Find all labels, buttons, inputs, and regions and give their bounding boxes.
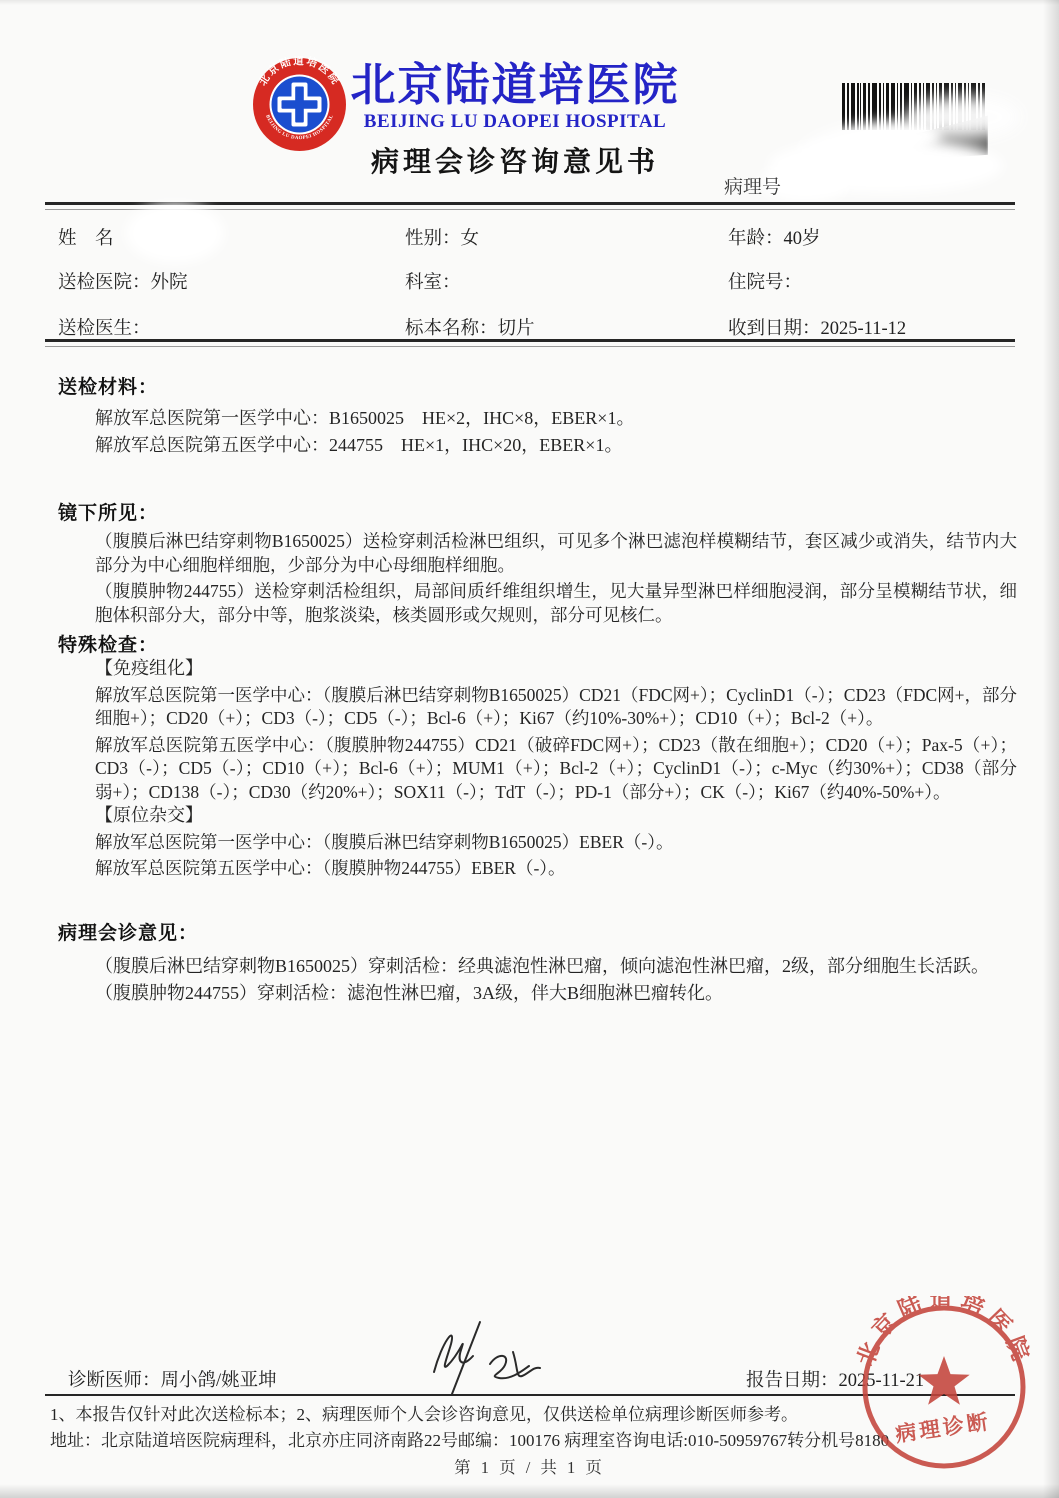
diagnosing-doctor: 诊断医师：周小鸽/姚亚坤 (68, 1366, 277, 1392)
section-title: 送检材料： (58, 372, 1015, 399)
conclusion-paragraph: （腹膜肿物244755）穿刺活检：滤泡性淋巴瘤，3A级，伴大B细胞淋巴瘤转化。 (95, 982, 1017, 1006)
material-line: 解放军总医院第五医学中心：244755 HE×1，IHC×20，EBER×1。 (95, 432, 1017, 459)
ihc-paragraph: 解放军总医院第一医学中心：（腹膜后淋巴结穿刺物B1650025）CD21（FDC… (95, 684, 1017, 731)
section-title: 特殊检查： (58, 630, 1015, 657)
field-sex: 性别：女 (405, 224, 728, 250)
page-edge-shadow (0, 0, 1059, 5)
ish-line: 解放军总医院第五医学中心：（腹膜肿物244755）EBER（-）。 (95, 857, 1017, 881)
page-edge-shadow (1043, 0, 1059, 1498)
ihc-paragraph: 解放军总医院第五医学中心：（腹膜肿物244755）CD21（破碎FDC网+）；C… (95, 734, 1017, 805)
field-name: 姓 名 (58, 224, 405, 250)
ish-subtitle: 【原位杂交】 (95, 804, 1017, 828)
table-bottom-rule (45, 339, 1015, 347)
pathology-report-page: 北京陆道培医院 BEIJING LU DAOPEI HOSPITAL 北京陆道培… (0, 0, 1059, 1498)
hospital-stamp: 北京陆道培医院 病理诊断 (853, 1296, 1035, 1478)
microscopy-paragraph: （腹膜后淋巴结穿刺物B1650025）送检穿刺活检淋巴组织，可见多个淋巴滤泡样模… (95, 530, 1017, 577)
section-materials: 送检材料： 解放军总医院第一医学中心：B1650025 HE×2，IHC×8，E… (58, 372, 1015, 459)
disclaimer-text: 1、本报告仅针对此次送检标本；2、病理医师个人会诊咨询意见，仅供送检单位病理诊断… (50, 1400, 798, 1425)
field-referring-doctor: 送检医生： (58, 314, 405, 340)
field-received-date: 收到日期：2025-11-12 (728, 314, 1015, 340)
ihc-subtitle: 【免疫组化】 (95, 657, 1017, 681)
hospital-name-cn: 北京陆道培医院 (295, 60, 735, 110)
redaction-smudge (905, 96, 1020, 138)
conclusion-paragraph: （腹膜后淋巴结穿刺物B1650025）穿刺活检：经典滤泡性淋巴瘤，倾向滤泡性淋巴… (95, 955, 1017, 979)
page-edge-shadow (0, 1484, 1059, 1498)
section-conclusion: 病理会诊意见： （腹膜后淋巴结穿刺物B1650025）穿刺活检：经典滤泡性淋巴瘤… (58, 918, 1015, 1005)
section-special-tests: 特殊检查： 【免疫组化】 解放军总医院第一医学中心：（腹膜后淋巴结穿刺物B165… (58, 630, 1015, 881)
section-microscopy: 镜下所见： （腹膜后淋巴结穿刺物B1650025）送检穿刺活检淋巴组织，可见多个… (58, 498, 1015, 627)
hospital-name-en: BEIJING LU DAOPEI HOSPITAL (295, 111, 735, 133)
field-age: 年龄：40岁 (728, 224, 1015, 250)
section-title: 镜下所见： (58, 498, 1015, 525)
pathology-number-label: 病理号 (724, 172, 781, 199)
stamp-bottom-text: 病理诊断 (894, 1410, 992, 1447)
ish-line: 解放军总医院第一医学中心：（腹膜后淋巴结穿刺物B1650025）EBER（-）。 (95, 831, 1017, 855)
address-text: 地址：北京陆道培医院病理科，北京亦庄同济南路22号邮编：100176 病理室咨询… (50, 1426, 889, 1451)
field-department: 科室： (405, 268, 728, 294)
field-specimen: 标本名称：切片 (405, 314, 728, 340)
section-title: 病理会诊意见： (58, 918, 1015, 945)
microscopy-paragraph: （腹膜肿物244755）送检穿刺活检组织，局部间质纤维组织增生，见大量异型淋巴样… (95, 580, 1017, 627)
redaction-smudge-name (126, 203, 224, 263)
document-title: 病理会诊咨询意见书 (295, 140, 735, 180)
field-referring-hospital: 送检医院：外院 (58, 268, 405, 294)
field-admission-no: 住院号： (728, 268, 1015, 294)
doctor-signature (418, 1312, 578, 1400)
material-line: 解放军总医院第一医学中心：B1650025 HE×2，IHC×8，EBER×1。 (95, 405, 1017, 432)
